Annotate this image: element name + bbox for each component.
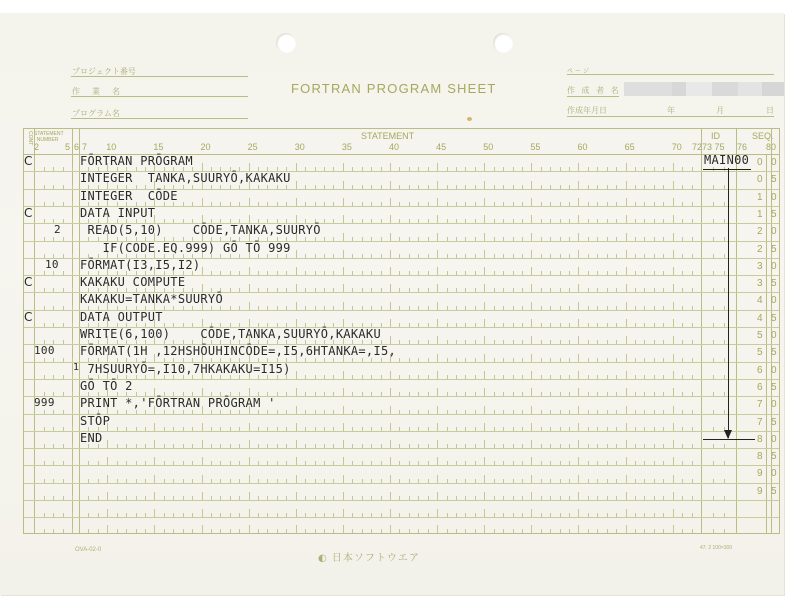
code-line: WRITE(6,100) CŌDE,TANKA,SUURYŌ,KAKAKU: [80, 327, 381, 341]
continuation-arrow-line: [728, 168, 729, 438]
column-number-7: 7: [82, 142, 87, 152]
author-field-line: [567, 96, 619, 97]
left-field-input-2[interactable]: [71, 118, 248, 119]
print-info: 47. 2 100×300: [700, 545, 732, 551]
column-number-45: 45: [436, 142, 446, 152]
column-number-35: 35: [342, 142, 352, 152]
statement-label: 999: [34, 396, 55, 409]
column-number-15: 15: [153, 142, 163, 152]
seq-number-60: 6: [757, 365, 763, 376]
code-line: INTEGER TANKA,SUURYŌ,KAKAKU: [80, 171, 291, 185]
seq-number-50-digit2: 0: [771, 330, 777, 341]
column-number-50: 50: [483, 142, 493, 152]
comment-marker: C: [24, 154, 32, 168]
column-number-65: 65: [625, 142, 635, 152]
seq-number-15: 1: [757, 209, 763, 220]
seq-number-40: 4: [757, 295, 763, 306]
code-line: 7HSUURYŌ=,I10,7HKAKAKU=I15): [80, 362, 291, 376]
code-line: STŌP: [80, 414, 110, 428]
statement-label: 2: [54, 223, 61, 236]
seq-number-70-digit2: 0: [771, 399, 777, 410]
column-number-10: 10: [106, 142, 116, 152]
statement-label: 100: [34, 344, 55, 357]
seq-number-40-digit2: 0: [771, 295, 777, 306]
seq-number-75-digit2: 5: [771, 417, 777, 428]
seq-number-00: 0: [757, 157, 763, 168]
code-line: FŌRTRAN PRŌGRAM: [80, 154, 193, 168]
seq-number-00-digit2: 0: [771, 157, 777, 168]
stmt-col-5: 5: [65, 142, 70, 152]
paper-stain: [467, 117, 472, 121]
seq-number-25: 2: [757, 244, 763, 255]
continuation-marker: 1: [73, 362, 79, 373]
binder-hole-left: [276, 33, 296, 53]
publisher-logo: ◐ 日本ソフトウエア: [318, 549, 420, 564]
page-field[interactable]: [567, 74, 774, 75]
seq-number-20-digit2: 0: [771, 226, 777, 237]
code-line: INTEGER CŌDE: [80, 189, 178, 203]
seq-col-76: 76: [737, 142, 747, 152]
seq-number-70: 7: [757, 399, 763, 410]
column-number-20: 20: [201, 142, 211, 152]
author-label: 作 成 者 名: [567, 85, 621, 96]
seq-number-95-digit2: 5: [771, 486, 777, 497]
seq-number-75: 7: [757, 417, 763, 428]
seq-number-25-digit2: 5: [771, 244, 777, 255]
column-number-40: 40: [389, 142, 399, 152]
seq-number-90: 9: [757, 468, 763, 479]
seq-number-55-digit2: 5: [771, 347, 777, 358]
seq-number-35: 3: [757, 278, 763, 289]
date-field[interactable]: [567, 116, 774, 117]
seq-number-10: 1: [757, 192, 763, 203]
id-cols: 73 75: [702, 142, 725, 152]
seq-number-65: 6: [757, 382, 763, 393]
seq-number-15-digit2: 5: [771, 209, 777, 220]
seq-number-90-digit2: 0: [771, 468, 777, 479]
code-line: KAKAKU=TANKA*SUURYŌ: [80, 292, 223, 306]
comment-marker: C: [24, 275, 32, 289]
seq-number-30: 3: [757, 261, 763, 272]
seq-number-65-digit2: 5: [771, 382, 777, 393]
cont-column-header: CONT: [26, 131, 32, 145]
logo-mark-icon: ◐: [318, 553, 328, 564]
column-number-60: 60: [577, 142, 587, 152]
id-header: ID: [711, 131, 720, 141]
left-field-input-1[interactable]: [71, 96, 248, 97]
seq-number-10-digit2: 0: [771, 192, 777, 203]
seq-number-45-digit2: 5: [771, 313, 777, 324]
sheet-title: FORTRAN PROGRAM SHEET: [291, 81, 497, 96]
year-label: 年: [667, 105, 677, 116]
seq-number-05-digit2: 5: [771, 174, 777, 185]
seq-number-30-digit2: 0: [771, 261, 777, 272]
day-label: 日: [766, 105, 776, 116]
left-field-input-0[interactable]: [71, 76, 248, 77]
code-line: FŌRMAT(I3,I5,I2): [80, 258, 200, 272]
comment-marker: C: [24, 310, 32, 324]
seq-number-05: 0: [757, 174, 763, 185]
seq-number-20: 2: [757, 226, 763, 237]
seq-number-55: 5: [757, 347, 763, 358]
statement-label: 10: [45, 258, 59, 271]
code-line: FŌRMAT(1H ,12HSHŌUHINCŌDE=,I5,6HTANKA=,I…: [80, 344, 396, 358]
seq-number-80-digit2: 0: [771, 434, 777, 445]
column-number-25: 25: [248, 142, 258, 152]
date-label: 作成年月日: [567, 105, 607, 116]
statement-header: STATEMENT: [361, 131, 414, 141]
seq-number-45: 4: [757, 313, 763, 324]
code-line: KAKAKU COMPUTE: [80, 275, 185, 289]
code-line: DATA OUTPUT: [80, 310, 163, 324]
seq-number-35-digit2: 5: [771, 278, 777, 289]
code-line: GŌ TŌ 2: [80, 379, 133, 393]
end-bar: [703, 439, 755, 440]
seq-number-85: 8: [757, 451, 763, 462]
code-line: IF(CODE.EQ.999) GŌ TŌ 999: [80, 241, 291, 255]
binder-hole-right: [493, 33, 513, 53]
code-line: END: [80, 431, 103, 445]
id-underline: [703, 169, 751, 170]
column-number-55: 55: [530, 142, 540, 152]
seq-number-80: 8: [757, 434, 763, 445]
column-number-70: 70: [672, 142, 682, 152]
form-code: OVA-02-0: [75, 547, 101, 553]
seq-number-60-digit2: 0: [771, 365, 777, 376]
seq-number-95: 9: [757, 486, 763, 497]
code-line: PRINT *,'FŌRTRAN PRŌGRAM ': [80, 396, 276, 410]
seq-number-85-digit2: 5: [771, 451, 777, 462]
arrow-head-icon: [724, 430, 732, 439]
code-line: READ(5,10) CŌDE,TANKA,SUURYŌ: [80, 223, 321, 237]
seq-number-50: 5: [757, 330, 763, 341]
code-line: DATA INPUT: [80, 206, 155, 220]
column-number-30: 30: [295, 142, 305, 152]
id-entry: MAIN00: [704, 153, 749, 167]
comment-marker: C: [24, 206, 32, 220]
month-label: 月: [716, 105, 726, 116]
